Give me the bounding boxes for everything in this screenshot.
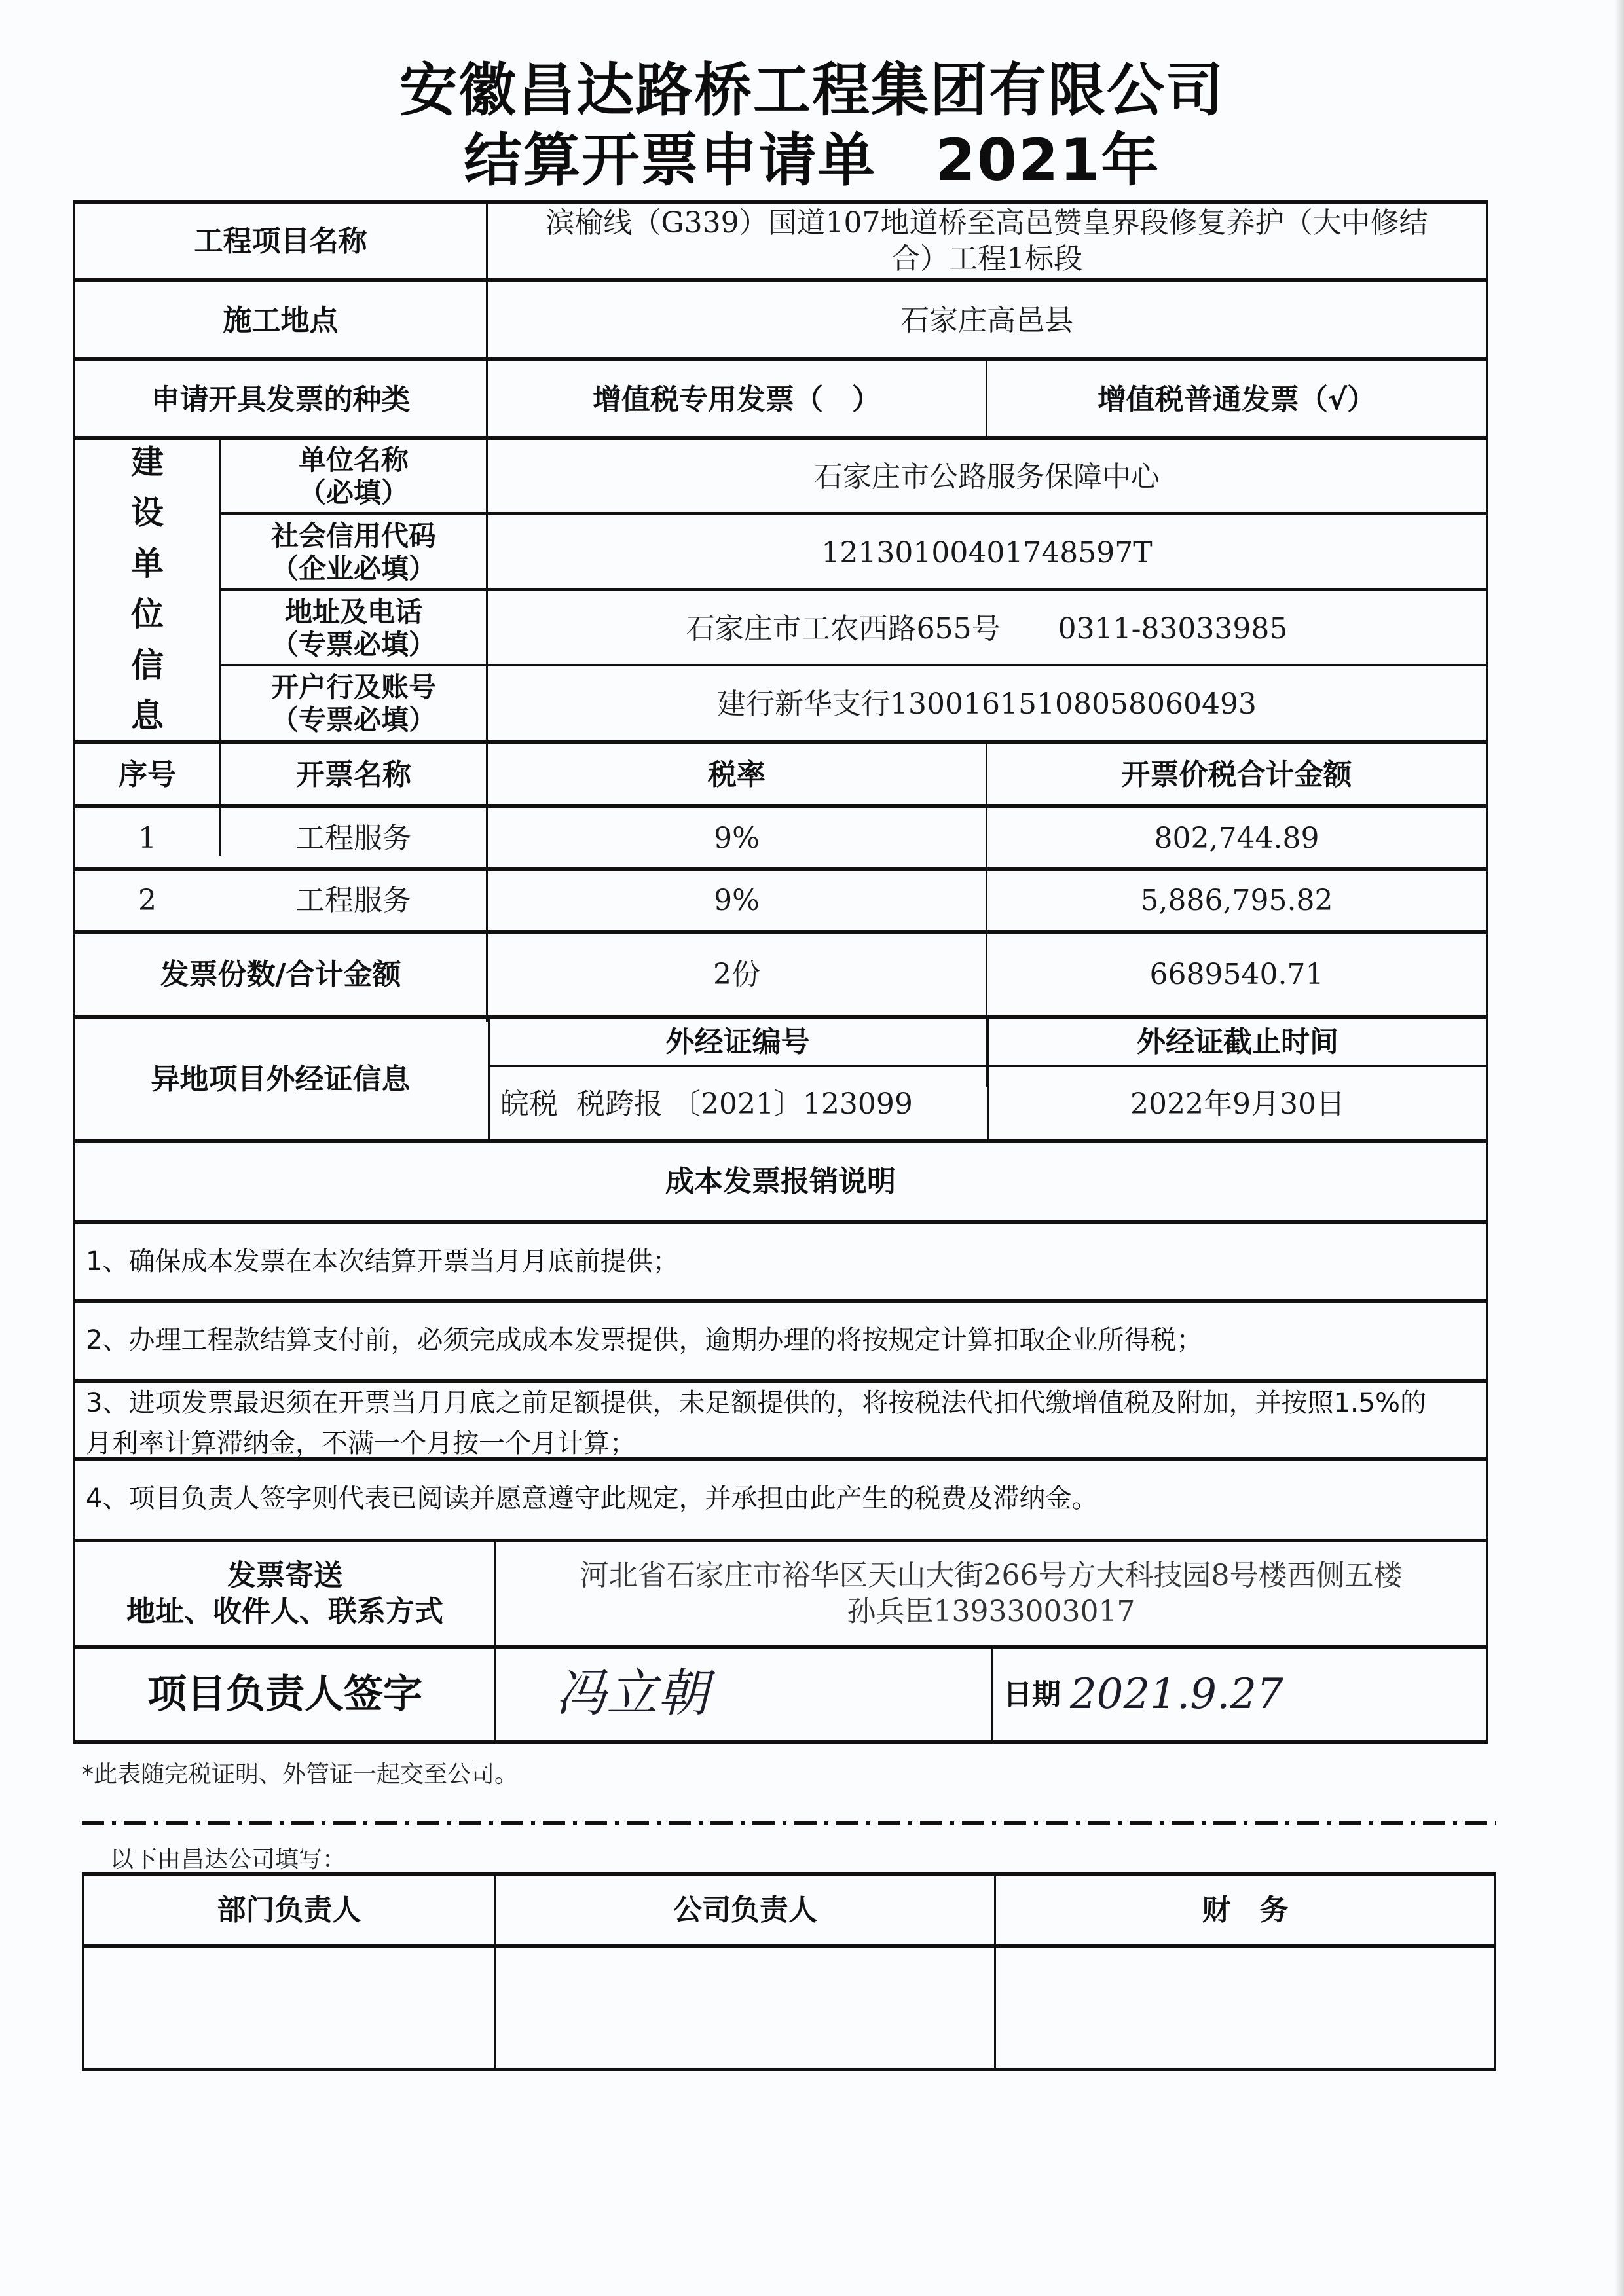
client-name-value: 石家庄市公路服务保障中心 xyxy=(488,440,1486,513)
notes-title: 成本发票报销说明 xyxy=(75,1143,1486,1219)
col-header-rate: 税率 xyxy=(488,744,986,805)
row-no: 1 xyxy=(75,808,219,868)
col-header-no: 序号 xyxy=(75,744,219,805)
finance-sign-field[interactable] xyxy=(996,1948,1494,2066)
permit-expiry-value: 2022年9月30日 xyxy=(989,1068,1486,1139)
row-name: 工程服务 xyxy=(221,871,486,930)
company-head-sign-field[interactable] xyxy=(496,1948,994,2066)
table-right-border xyxy=(1494,1872,1496,2069)
mailing-value: 河北省石家庄市裕华区天山大街266号方大科技园8号楼西侧五楼 孙兵臣139330… xyxy=(496,1542,1486,1645)
project-name-line2: 合）工程1标段 xyxy=(891,241,1082,277)
total-amount: 6689540.71 xyxy=(987,934,1486,1015)
note-item-2: 2、办理工程款结算支付前，必须完成成本发票提供，逾期办理的将按规定计算扣取企业所… xyxy=(75,1303,1486,1377)
row-divider xyxy=(219,512,1488,515)
scan-edge xyxy=(1615,0,1624,2296)
permit-label: 异地项目外经证信息 xyxy=(75,1019,486,1139)
table-bottom-border xyxy=(82,2068,1496,2071)
row-amount: 5,886,795.82 xyxy=(987,871,1486,930)
footnote: *此表随完税证明、外管证一起交至公司。 xyxy=(82,1756,518,1789)
invoice-type-general-option[interactable]: 增值税普通发票（√） xyxy=(987,361,1486,437)
row-rate: 9% xyxy=(488,871,986,930)
permit-expiry-header: 外经证截止时间 xyxy=(989,1019,1486,1065)
date-label: 日期 xyxy=(1003,1677,1061,1713)
credit-code-value: 12130100401748597T xyxy=(488,516,1486,589)
signature-label: 项目负责人签字 xyxy=(75,1649,494,1740)
row-name: 工程服务 xyxy=(221,808,486,868)
internal-caption: 以下由昌达公司填写： xyxy=(110,1841,346,1874)
col-header-name: 开票名称 xyxy=(221,744,486,805)
row-no: 2 xyxy=(75,871,219,930)
dept-head-sign-field[interactable] xyxy=(84,1948,494,2066)
note-item-4: 4、项目负责人签字则代表已阅读并愿意遵守此规定，并承担由此产生的税费及滞纳金。 xyxy=(75,1461,1486,1536)
address-phone-value: 石家庄市工农西路655号 0311-83033985 xyxy=(488,592,1486,665)
permit-number-value: 皖税 税跨报 〔2021〕123099 xyxy=(490,1068,986,1139)
project-name-value: 滨榆线（G339）国道107地道桥至高邑赞皇界段修复养护（大中修结 合）工程1标… xyxy=(488,204,1486,278)
table-bottom-border xyxy=(73,1740,1488,1744)
row-rate: 9% xyxy=(488,808,986,868)
row-divider xyxy=(488,1065,1488,1067)
invoice-type-special-option[interactable]: 增值税专用发票（ ） xyxy=(488,361,986,437)
row-divider xyxy=(219,664,1488,666)
table-right-border xyxy=(1486,200,1488,1742)
note-item-1: 1、确保成本发票在本次结算开票当月月底前提供； xyxy=(75,1224,1486,1299)
invoice-type-label: 申请开具发票的种类 xyxy=(75,361,486,437)
date-field[interactable]: 日期 2021.9.27 xyxy=(993,1649,1486,1740)
signature-field[interactable]: 冯立朝 xyxy=(496,1649,991,1740)
site-label: 施工地点 xyxy=(75,282,486,359)
row-amount: 802,744.89 xyxy=(987,808,1486,868)
project-name-label: 工程项目名称 xyxy=(75,204,486,278)
client-group-label: 建 设 单 位 信 息 xyxy=(75,440,219,738)
mailing-contact: 孙兵臣13933003017 xyxy=(847,1594,1135,1630)
header-company-head: 公司负责人 xyxy=(496,1876,994,1943)
header-finance: 财 务 xyxy=(996,1876,1494,1943)
project-name-line1: 滨榆线（G339）国道107地道桥至高邑赞皇界段修复养护（大中修结 xyxy=(545,205,1428,241)
row-divider xyxy=(219,588,1488,591)
credit-code-label: 社会信用代码 （企业必填） xyxy=(221,516,486,589)
total-count: 2份 xyxy=(488,934,986,1015)
date-value: 2021.9.27 xyxy=(1070,1668,1283,1721)
permit-number-header: 外经证编号 xyxy=(490,1019,986,1065)
site-value: 石家庄高邑县 xyxy=(488,282,1486,359)
form-title: 结算开票申请单 2021年 xyxy=(0,115,1624,197)
bank-account-value: 建行新华支行13001615108058060493 xyxy=(488,668,1486,740)
cut-line xyxy=(82,1821,1496,1825)
note-item-3: 3、进项发票最迟须在开票当月月底之前足额提供，未足额提供的，将按税法代扣代缴增值… xyxy=(75,1383,1486,1456)
mailing-address: 河北省石家庄市裕华区天山大街266号方大科技园8号楼西侧五楼 xyxy=(580,1558,1403,1594)
total-label: 发票份数/合计金额 xyxy=(75,934,486,1015)
address-phone-label: 地址及电话 （专票必填） xyxy=(221,592,486,665)
header-dept-head: 部门负责人 xyxy=(84,1876,494,1943)
mailing-label: 发票寄送 地址、收件人、联系方式 xyxy=(75,1542,494,1645)
bank-account-label: 开户行及账号 （专票必填） xyxy=(221,668,486,740)
client-name-label: 单位名称 （必填） xyxy=(221,440,486,513)
col-header-amount: 开票价税合计金额 xyxy=(987,744,1486,805)
